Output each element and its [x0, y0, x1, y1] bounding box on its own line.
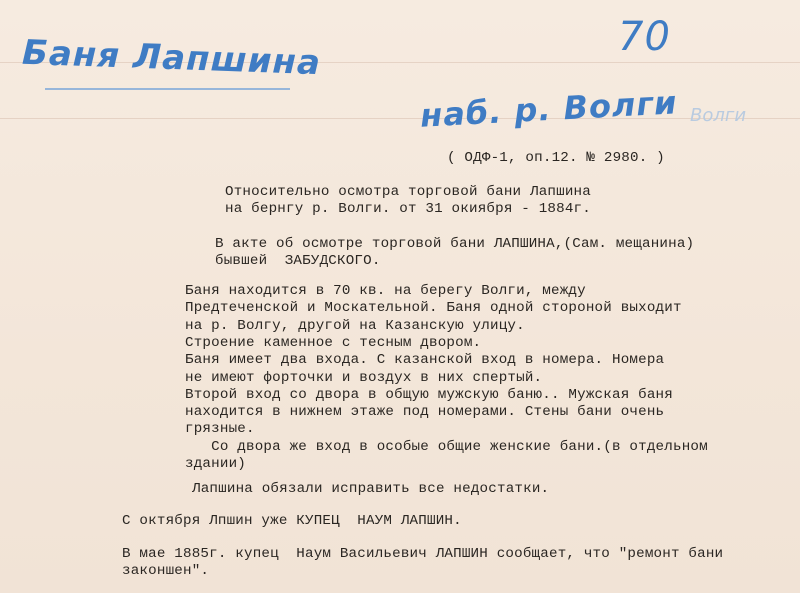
closing-line-1: В мае 1885г. купец Наум Васильевич ЛАПШИ…: [122, 546, 723, 563]
merchant-note: С октября Лпшин уже КУПЕЦ НАУМ ЛАПШИН.: [122, 513, 462, 530]
handwritten-title: Баня Лапшина: [21, 33, 321, 83]
archive-reference: ( ОДФ-1, оп.12. № 2980. ): [447, 150, 665, 167]
title-underline: [45, 88, 290, 90]
obligation-line: Лапшина обязали исправить все недостатки…: [192, 481, 549, 498]
body-line: на р. Волгу, другой на Казанскую улицу.: [185, 318, 525, 335]
body-line: Со двора же вход в особые общие женские …: [185, 439, 708, 456]
closing-line-2: законшен".: [122, 563, 209, 580]
document-page: Баня Лапшина 70 наб. р. Волги Волги ( ОД…: [0, 0, 800, 593]
body-line: находится в нижнем этаже под номерами. С…: [185, 404, 664, 421]
faint-pencil-text: Волги: [690, 105, 746, 126]
intro-line-2: бывшей ЗАБУДСКОГО.: [215, 253, 381, 270]
body-line: Баня имеет два входа. С казанской вход в…: [185, 352, 664, 369]
intro-line-1: В акте об осмотре торговой бани ЛАПШИНА,…: [215, 236, 694, 253]
body-line: Второй вход со двора в общую мужскую бан…: [185, 387, 673, 404]
body-line: Баня находится в 70 кв. на берегу Волги,…: [185, 283, 586, 300]
body-line: не имеют форточки и воздух в них спертый…: [185, 370, 542, 387]
body-line: грязные.: [185, 421, 255, 438]
subject-line-2: на бернгу р. Волги. от 31 окиября - 1884…: [225, 201, 591, 218]
handwritten-number: 70: [618, 14, 671, 60]
subject-line-1: Относительно осмотра торговой бани Лапши…: [225, 184, 591, 201]
handwritten-address: наб. р. Волги: [419, 83, 678, 134]
paper-crease: [0, 118, 800, 119]
body-line: здании): [185, 456, 246, 473]
body-line: Строение каменное с тесным двором.: [185, 335, 481, 352]
body-line: Предтеченской и Москательной. Баня одной…: [185, 300, 682, 317]
